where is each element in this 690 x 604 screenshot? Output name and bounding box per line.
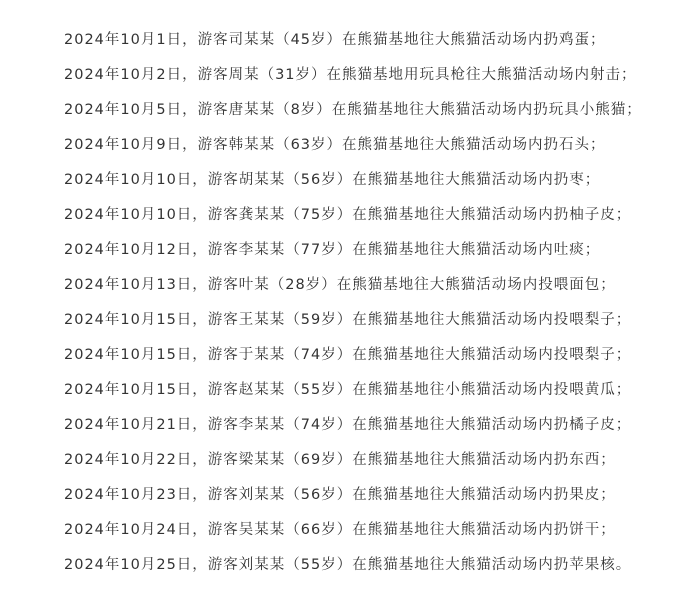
incident-list: 2024年10月1日，游客司某某（45岁）在熊猫基地往大熊猫活动场内扔鸡蛋； 2… — [64, 30, 674, 590]
incident-line: 2024年10月24日，游客吴某某（66岁）在熊猫基地往大熊猫活动场内扔饼干； — [64, 520, 674, 555]
incident-line: 2024年10月10日，游客胡某某（56岁）在熊猫基地往大熊猫活动场内扔枣； — [64, 170, 674, 205]
incident-line: 2024年10月13日，游客叶某（28岁）在熊猫基地往大熊猫活动场内投喂面包； — [64, 275, 674, 310]
incident-line: 2024年10月15日，游客于某某（74岁）在熊猫基地往大熊猫活动场内投喂梨子； — [64, 345, 674, 380]
incident-line: 2024年10月23日，游客刘某某（56岁）在熊猫基地往大熊猫活动场内扔果皮； — [64, 485, 674, 520]
incident-line: 2024年10月9日，游客韩某某（63岁）在熊猫基地往大熊猫活动场内扔石头； — [64, 135, 674, 170]
incident-line: 2024年10月22日，游客梁某某（69岁）在熊猫基地往大熊猫活动场内扔东西； — [64, 450, 674, 485]
incident-line: 2024年10月15日，游客王某某（59岁）在熊猫基地往大熊猫活动场内投喂梨子； — [64, 310, 674, 345]
incident-line: 2024年10月5日，游客唐某某（8岁）在熊猫基地往大熊猫活动场内扔玩具小熊猫； — [64, 100, 674, 135]
incident-line: 2024年10月12日，游客李某某（77岁）在熊猫基地往大熊猫活动场内吐痰； — [64, 240, 674, 275]
incident-line: 2024年10月15日，游客赵某某（55岁）在熊猫基地往小熊猫活动场内投喂黄瓜； — [64, 380, 674, 415]
incident-line: 2024年10月21日，游客李某某（74岁）在熊猫基地往大熊猫活动场内扔橘子皮； — [64, 415, 674, 450]
incident-line: 2024年10月25日，游客刘某某（55岁）在熊猫基地往大熊猫活动场内扔苹果核。 — [64, 555, 674, 590]
incident-line: 2024年10月2日，游客周某（31岁）在熊猫基地用玩具枪往大熊猫活动场内射击； — [64, 65, 674, 100]
incident-line: 2024年10月1日，游客司某某（45岁）在熊猫基地往大熊猫活动场内扔鸡蛋； — [64, 30, 674, 65]
incident-line: 2024年10月10日，游客龚某某（75岁）在熊猫基地往大熊猫活动场内扔柚子皮； — [64, 205, 674, 240]
